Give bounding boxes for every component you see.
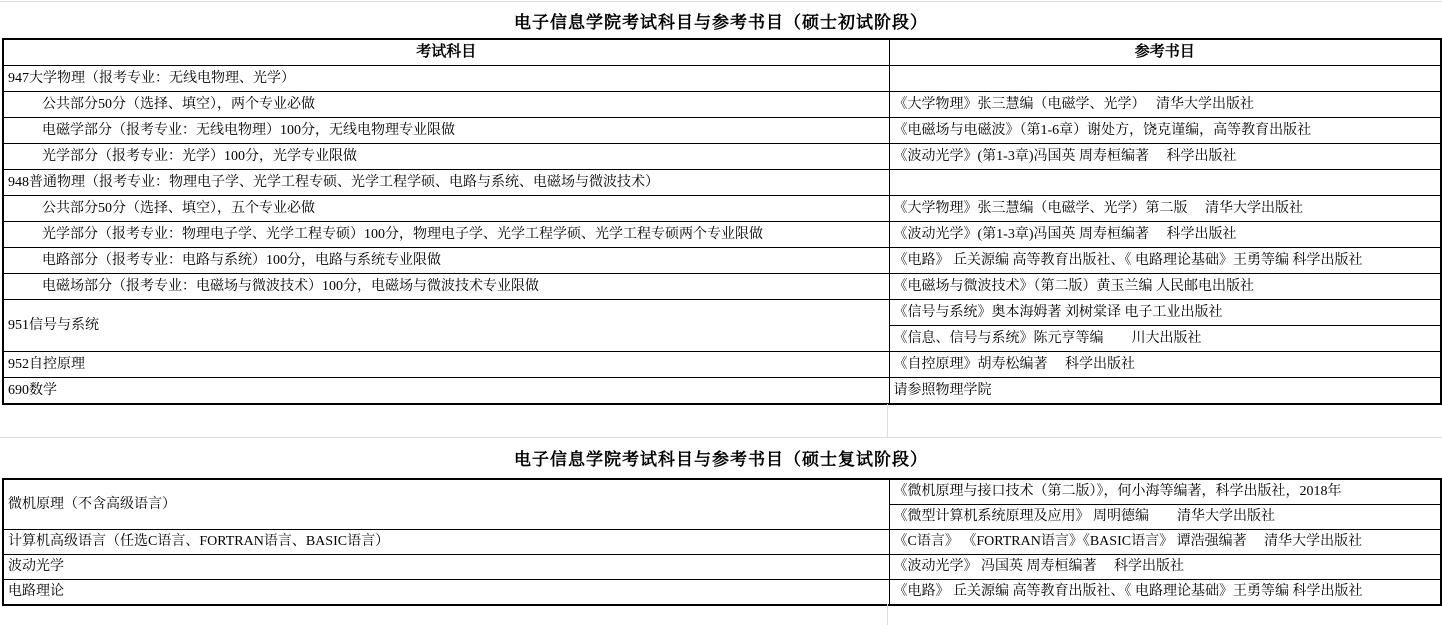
table-row: 微机原理（不含高级语言）《微机原理与接口技术（第二版）》，何小海等编著，科学出版… xyxy=(3,479,1441,505)
table-row: 951信号与系统《信号与系统》奥本海姆著 刘树棠译 电子工业出版社 xyxy=(3,300,1441,326)
reference-book-cell: 《电路》 丘关源编 高等教育出版社、《 电路理论基础》王勇等编 科学出版社 xyxy=(889,248,1441,274)
exam-subject-cell: 电路理论 xyxy=(3,580,889,606)
reference-book-cell: 《波动光学》(第1-3章)冯国英 周寿桓编著 科学出版社 xyxy=(889,144,1441,170)
reference-book-cell: 《微型计算机系统原理及应用》 周明德编 清华大学出版社 xyxy=(889,505,1441,530)
exam-subject-cell: 波动光学 xyxy=(3,555,889,580)
exam-subject-cell: 952自控原理 xyxy=(3,352,889,378)
exam-subject-column-header: 考试科目 xyxy=(3,39,889,66)
reference-book-cell: 《C语言》 《FORTRAN语言》《BASIC语言》 谭浩强编著 清华大学出版社 xyxy=(889,530,1441,555)
exam-subject-cell: 光学部分（报考专业：物理电子学、光学工程专硕）100分，物理电子学、光学工程学硕… xyxy=(3,222,889,248)
exam-subject-cell: 光学部分（报考专业：光学）100分，光学专业限做 xyxy=(3,144,889,170)
table-row: 光学部分（报考专业：光学）100分，光学专业限做《波动光学》(第1-3章)冯国英… xyxy=(3,144,1441,170)
table-row: 947大学物理（报考专业：无线电物理、光学） xyxy=(3,66,1441,92)
header-row: 考试科目 参考书目 xyxy=(3,39,1441,66)
reference-book-cell: 《微机原理与接口技术（第二版）》，何小海等编著，科学出版社，2018年 xyxy=(889,479,1441,505)
table-row: 电磁学部分（报考专业：无线电物理）100分，无线电物理专业限做《电磁场与电磁波》… xyxy=(3,118,1441,144)
reference-book-cell: 《波动光学》 冯国英 周寿桓编著 科学出版社 xyxy=(889,555,1441,580)
second-round-table-title: 电子信息学院考试科目与参考书目（硕士复试阶段） xyxy=(0,445,1442,470)
exam-subject-cell: 948普通物理（报考专业：物理电子学、光学工程专硕、光学工程学硕、电路与系统、电… xyxy=(3,170,889,196)
exam-subject-cell: 电路部分（报考专业：电路与系统）100分，电路与系统专业限做 xyxy=(3,248,889,274)
table-row: 电路部分（报考专业：电路与系统）100分，电路与系统专业限做《电路》 丘关源编 … xyxy=(3,248,1441,274)
top-gridline xyxy=(0,1,1442,2)
reference-book-cell xyxy=(889,170,1441,196)
table-row: 952自控原理《自控原理》胡寿松编著 科学出版社 xyxy=(3,352,1441,378)
document-page: 电子信息学院考试科目与参考书目（硕士初试阶段） 考试科目 参考书目 947大学物… xyxy=(0,0,1442,625)
exam-subject-cell: 公共部分50分（选择、填空），五个专业必做 xyxy=(3,196,889,222)
exam-subject-cell: 690数学 xyxy=(3,378,889,405)
exam-subject-cell: 947大学物理（报考专业：无线电物理、光学） xyxy=(3,66,889,92)
gap-column-gridline xyxy=(887,404,888,437)
table-row: 电路理论《电路》 丘关源编 高等教育出版社、《 电路理论基础》王勇等编 科学出版… xyxy=(3,580,1441,606)
table-row: 光学部分（报考专业：物理电子学、光学工程专硕）100分，物理电子学、光学工程学硕… xyxy=(3,222,1441,248)
first-round-table-title: 电子信息学院考试科目与参考书目（硕士初试阶段） xyxy=(0,8,1442,33)
exam-subject-cell: 微机原理（不含高级语言） xyxy=(3,479,889,530)
reference-book-cell: 《电磁场与电磁波》（第1-6章）谢处方，饶克谨编，高等教育出版社 xyxy=(889,118,1441,144)
table-row: 公共部分50分（选择、填空），两个专业必做《大学物理》张三慧编（电磁学、光学） … xyxy=(3,92,1441,118)
reference-book-cell: 《大学物理》张三慧编（电磁学、光学）第二版 清华大学出版社 xyxy=(889,196,1441,222)
table-row: 690数学请参照物理学院 xyxy=(3,378,1441,405)
exam-subject-cell: 电磁学部分（报考专业：无线电物理）100分，无线电物理专业限做 xyxy=(3,118,889,144)
reference-book-cell xyxy=(889,66,1441,92)
exam-subject-cell: 电磁场部分（报考专业：电磁场与微波技术）100分，电磁场与微波技术专业限做 xyxy=(3,274,889,300)
reference-books-column-header: 参考书目 xyxy=(889,39,1441,66)
reference-book-cell: 《信号与系统》奥本海姆著 刘树棠译 电子工业出版社 xyxy=(889,300,1441,326)
table-row: 948普通物理（报考专业：物理电子学、光学工程专硕、光学工程学硕、电路与系统、电… xyxy=(3,170,1441,196)
second-round-exam-table: 微机原理（不含高级语言）《微机原理与接口技术（第二版）》，何小海等编著，科学出版… xyxy=(2,478,1442,606)
gap-bottom-gridline xyxy=(0,437,1442,438)
reference-book-cell: 《电磁场与微波技术》（第二版）黄玉兰编 人民邮电出版社 xyxy=(889,274,1441,300)
reference-book-cell: 《电路》 丘关源编 高等教育出版社、《 电路理论基础》王勇等编 科学出版社 xyxy=(889,580,1441,606)
table-row: 电磁场部分（报考专业：电磁场与微波技术）100分，电磁场与微波技术专业限做《电磁… xyxy=(3,274,1441,300)
exam-subject-cell: 公共部分50分（选择、填空），两个专业必做 xyxy=(3,92,889,118)
reference-book-cell: 《自控原理》胡寿松编著 科学出版社 xyxy=(889,352,1441,378)
reference-book-cell: 《大学物理》张三慧编（电磁学、光学） 清华大学出版社 xyxy=(889,92,1441,118)
exam-subject-cell: 951信号与系统 xyxy=(3,300,889,352)
reference-book-cell: 《信息、信号与系统》陈元亨等编 川大出版社 xyxy=(889,326,1441,352)
bottom-column-gridline xyxy=(887,604,888,625)
first-round-exam-table: 考试科目 参考书目 947大学物理（报考专业：无线电物理、光学）公共部分50分（… xyxy=(2,38,1442,405)
exam-subject-cell: 计算机高级语言（任选C语言、FORTRAN语言、BASIC语言） xyxy=(3,530,889,555)
table-row: 计算机高级语言（任选C语言、FORTRAN语言、BASIC语言）《C语言》 《F… xyxy=(3,530,1441,555)
table-row: 公共部分50分（选择、填空），五个专业必做《大学物理》张三慧编（电磁学、光学）第… xyxy=(3,196,1441,222)
reference-book-cell: 请参照物理学院 xyxy=(889,378,1441,405)
table-row: 波动光学《波动光学》 冯国英 周寿桓编著 科学出版社 xyxy=(3,555,1441,580)
reference-book-cell: 《波动光学》(第1-3章)冯国英 周寿桓编著 科学出版社 xyxy=(889,222,1441,248)
